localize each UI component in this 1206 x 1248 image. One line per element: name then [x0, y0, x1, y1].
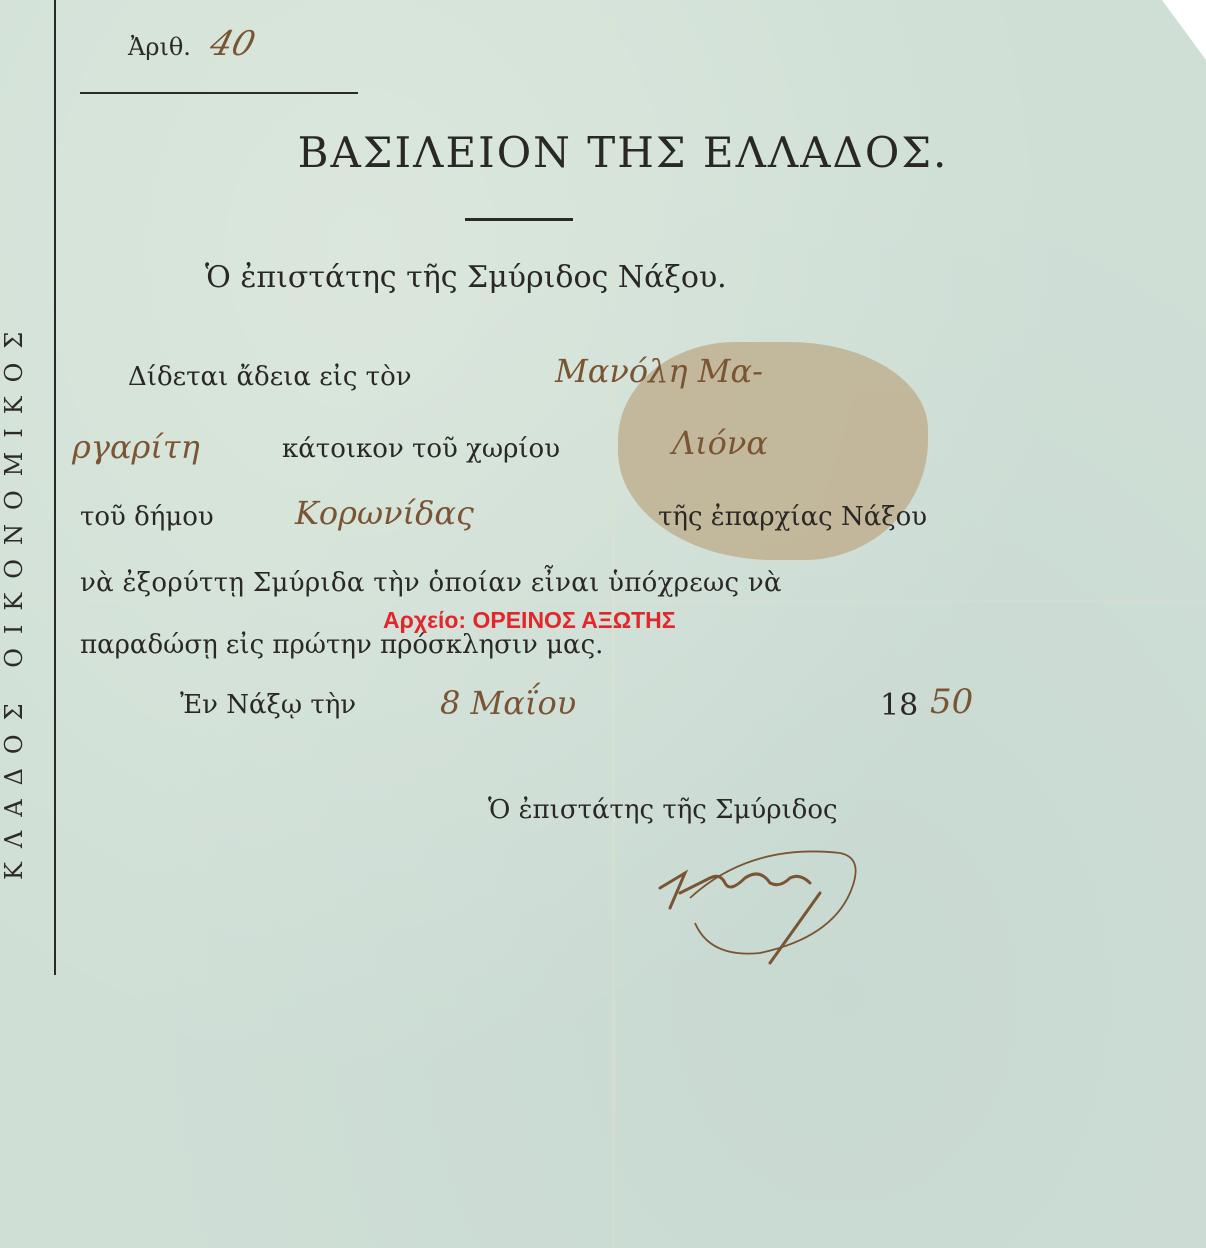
fold-line-horizontal — [0, 600, 1206, 603]
body-line2-handwritten-village: Λιόνα — [672, 424, 768, 462]
number-label: Ἀριθ. — [128, 33, 191, 61]
number-value-handwritten: 40 — [206, 24, 260, 64]
title-divider — [465, 218, 573, 221]
date-printed-prefix: Ἐν Νάξῳ τὴν — [180, 690, 356, 720]
body-line5-printed: παραδώσῃ εἰς πρώτην πρόσκλησιν μας. — [80, 630, 603, 660]
number-underline — [80, 92, 358, 94]
body-line4-printed: νὰ ἐξορύττῃ Σμύριδα τὴν ὁποίαν εἶναι ὑπό… — [80, 568, 782, 598]
date-handwritten-year: 50 — [930, 682, 973, 722]
body-line1-printed: Δίδεται ἄδεια εἰς τὸν — [128, 362, 412, 392]
document-title: ΒΑΣΙΛΕΙΟΝ ΤΗΣ ΕΛΛΑΔΟΣ. — [0, 128, 1206, 177]
signature-icon — [650, 838, 880, 968]
body-line2-printed: κάτοικον τοῦ χωρίου — [282, 434, 560, 464]
date-printed-year: 18 — [880, 688, 918, 723]
body-line3-handwritten-municipality: Κορωνίδας — [295, 494, 474, 532]
archive-watermark: Αρχείο: ΟΡΕΙΝΟΣ ΑΞΩΤΗΣ — [383, 607, 676, 634]
body-line3-printed-b: τῆς ἐπαρχίας Νάξου — [658, 502, 927, 532]
document-number: Ἀριθ. 40 — [128, 24, 254, 64]
body-line1-handwritten: Μανόλη Μα- — [555, 352, 763, 390]
document-paper: ΚΛΑΔΟΣ ΟΙΚΟΝΟΜΙΚΟΣ Ἀριθ. 40 ΒΑΣΙΛΕΙΟΝ ΤΗ… — [0, 0, 1206, 1248]
issuer-heading: Ὁ ἐπιστάτης τῆς Σμύριδος Νάξου. — [205, 260, 727, 295]
date-handwritten: 8 Μαΐου — [440, 684, 576, 722]
body-line3-printed-a: τοῦ δήμου — [80, 502, 214, 532]
body-line2-handwritten-name: ργαρίτη — [72, 428, 200, 466]
signature-title: Ὁ ἐπιστάτης τῆς Σμύριδος — [488, 795, 838, 825]
